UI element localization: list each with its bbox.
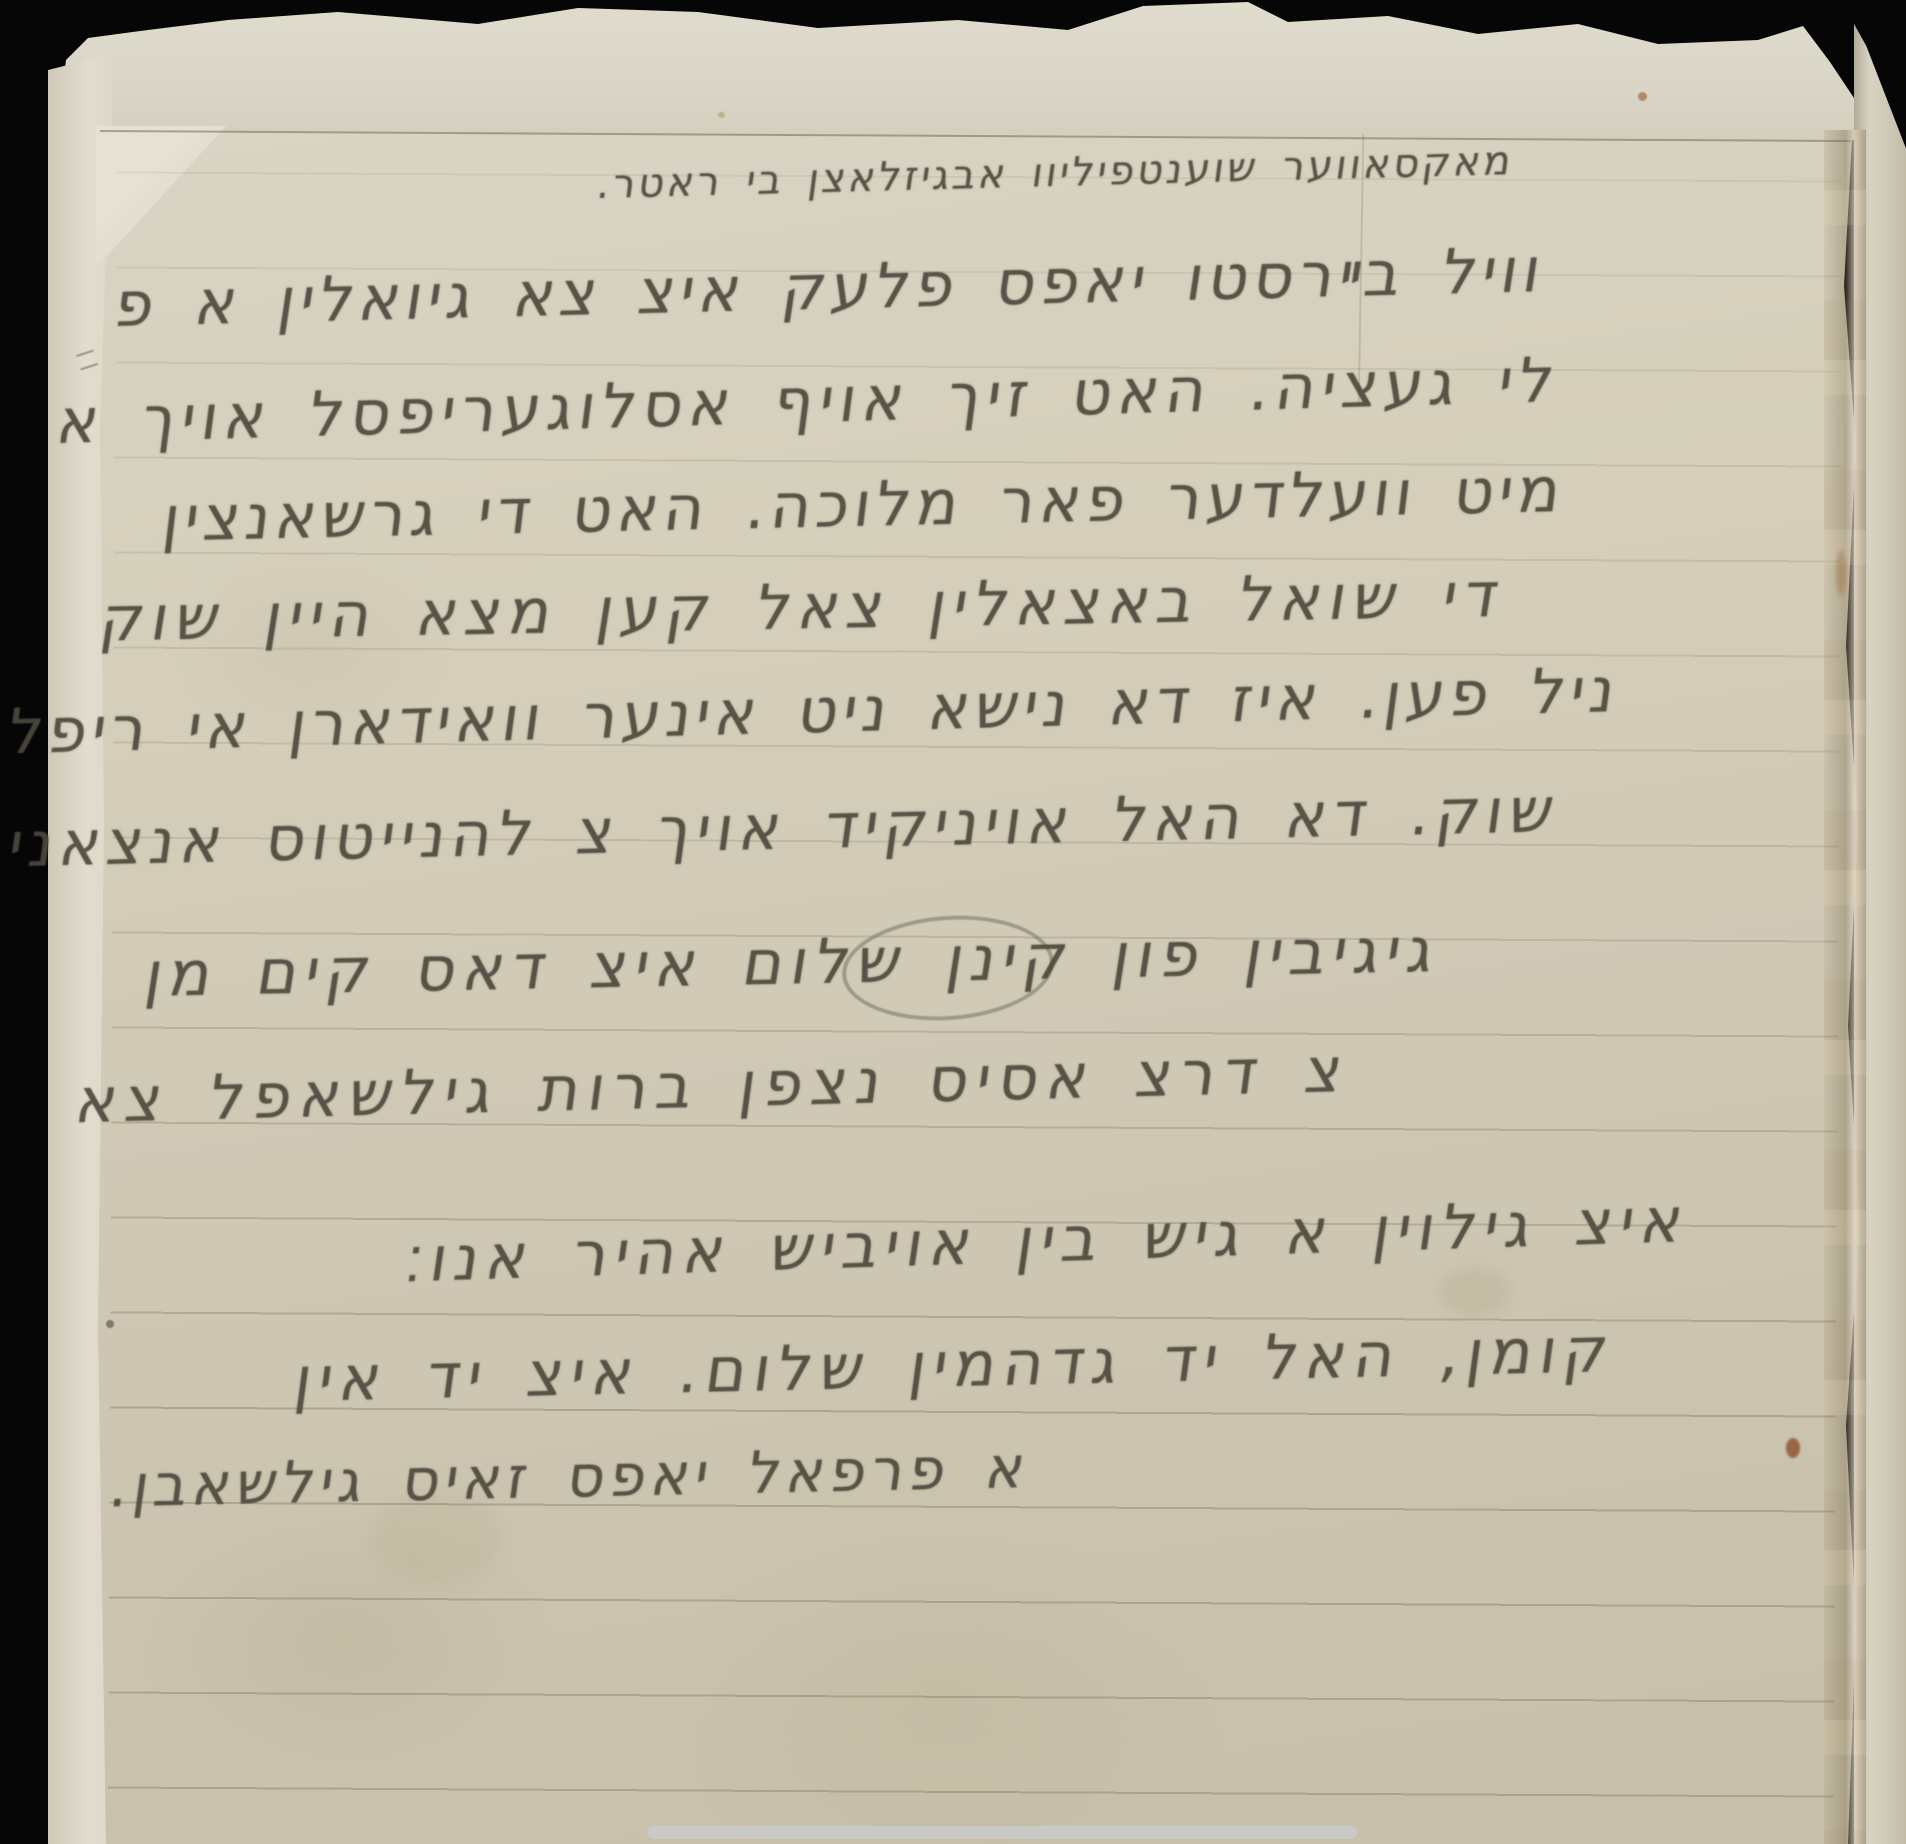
horizontal-scrollbar-thumb[interactable]: [647, 1826, 1357, 1839]
handwriting-line-11: קומן, האל יד גדהמין שלום. איצ יד אין: [290, 1313, 1620, 1416]
handwriting-line-6: ניל פען. איז דא נישא ניט אינער וואידארן …: [4, 653, 1625, 768]
handwriting-line-3: לי געציה. האט זיך אויף אסלוגעריפסל אויך …: [53, 343, 1565, 458]
handwriting-line-9: צ דרצ אסיס נצפן ברות גילשאפל צא: [71, 1033, 1355, 1137]
scan-viewer: { "viewer": { "background_color": "#0606…: [0, 0, 1906, 1844]
handwriting-line-1: מאקסאווער שוענטפיליוו אבגיזלאצן בי ראטר.: [595, 138, 1518, 208]
handwriting-block: מאקסאווער שוענטפיליוו אבגיזלאצן בי ראטר.…: [0, 0, 1906, 1844]
handwriting-line-5: די שואל באצאלין צאל קען מצא היין שוק: [95, 558, 1510, 656]
handwriting-line-2: וויל בײרסטו יאפס פלעק איצ צא גיואלין א פ: [109, 233, 1550, 341]
handwriting-line-10: איצ גילוין א גיש בין אויביש אהיר אנו׃: [401, 1183, 1696, 1297]
handwriting-line-4: מיט וועלדער פאר מלוכה. האט די גרשאנצין: [158, 453, 1569, 556]
handwriting-line-7: שוק. דא האל אויניקיד אויך צ להנייטוס אנצ…: [0, 773, 1565, 882]
handwriting-line-8: גיגיבין פון קינן שלום איצ דאס קים מן: [140, 913, 1446, 1011]
handwriting-line-12: א פרפאל יאפס זאיס גילשאבן.: [106, 1433, 1035, 1520]
